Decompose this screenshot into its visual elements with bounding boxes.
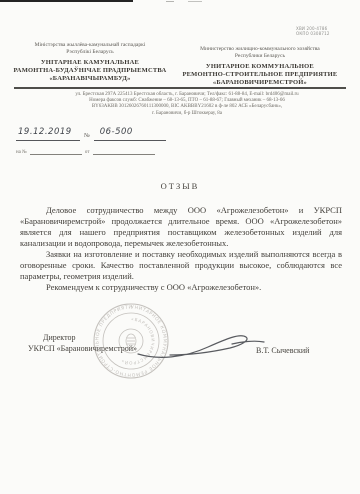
letter-body: Деловое сотрудничество между ООО «Агроже… bbox=[20, 205, 342, 293]
letterhead-belarusian: Міністэрства жыллёва-камунальнай гаспада… bbox=[13, 42, 171, 87]
date-field: 19.12.2019 bbox=[16, 121, 80, 141]
stamp-emblem bbox=[126, 334, 136, 348]
handwritten-signature bbox=[136, 330, 268, 364]
ministry-line: Міністэрства жыллёва-камунальнай гаспада… bbox=[13, 42, 167, 49]
corner-code-line2: ОКПО 0308712 bbox=[296, 31, 330, 36]
document-title: ОТЗЫВ bbox=[0, 181, 360, 191]
org-name-by: УНІТАРНАЕ КАМУНАЛЬНАЕ РАМОНТНА-БУДАЎНІЧА… bbox=[13, 59, 167, 83]
paragraph-2: Заявки на изготовление и поставку необхо… bbox=[20, 249, 342, 282]
org-line: УНИТАРНОЕ КОММУНАЛЬНОЕ bbox=[171, 63, 349, 71]
reply-number-blank bbox=[30, 154, 82, 155]
letterhead-russian: Министерство жилищно-коммунального хозяй… bbox=[171, 42, 349, 87]
letterhead: Міністэрства жыллёва-камунальнай гаспада… bbox=[13, 42, 349, 87]
header-divider bbox=[14, 87, 346, 89]
org-line: УНІТАРНАЕ КАМУНАЛЬНАЕ bbox=[13, 59, 167, 67]
scan-artifact-bar bbox=[0, 0, 133, 2]
address-block: ул. Брестская 297А 225413 Брестская обла… bbox=[28, 92, 346, 117]
address-line: г. Барановичи, б-р Штоккерау, 8а bbox=[28, 111, 346, 117]
ministry-line: Республики Беларусь bbox=[171, 53, 349, 60]
org-line: «БАРАНОВИЧИРЕМСТРОЙ» bbox=[171, 79, 349, 87]
reference-reply-row: на № от bbox=[16, 150, 206, 155]
org-line: РЕМОНТНО-СТРОИТЕЛЬНОЕ ПРЕДПРИЯТИЕ bbox=[171, 71, 349, 79]
ministry-name-ru: Министерство жилищно-коммунального хозяй… bbox=[171, 46, 349, 59]
scan-artifact-dot bbox=[188, 1, 202, 2]
ministry-line: Рэспублікі Беларусь bbox=[13, 49, 167, 56]
reference-block: 19.12.2019 № 06-500 на № от bbox=[16, 121, 206, 155]
corner-code: ХВИ 200-4786 ОКПО 0308712 bbox=[296, 26, 330, 36]
org-line: «БАРАНАВІЧЫРАМБУД» bbox=[13, 75, 167, 83]
paragraph-3: Рекомендуем к сотрудничеству с ООО «Агро… bbox=[20, 282, 342, 293]
reply-date-blank bbox=[93, 154, 155, 155]
number-sign: № bbox=[80, 133, 94, 141]
handwritten-number: 06-500 bbox=[100, 127, 133, 137]
reference-date-row: 19.12.2019 № 06-500 bbox=[16, 121, 206, 141]
org-name-ru: УНИТАРНОЕ КОММУНАЛЬНОЕ РЕМОНТНО-СТРОИТЕЛ… bbox=[171, 63, 349, 87]
scan-artifact-dot bbox=[166, 1, 174, 2]
handwritten-date: 19.12.2019 bbox=[18, 127, 72, 137]
paragraph-1: Деловое сотрудничество между ООО «Агроже… bbox=[20, 205, 342, 249]
org-line: РАМОНТНА-БУДАЎНІЧАЕ ПРАДПРЫЕМСТВА bbox=[13, 67, 167, 75]
reply-from-label: от bbox=[85, 150, 90, 155]
reply-prefix-label: на № bbox=[16, 150, 27, 155]
scanned-letter-page: ХВИ 200-4786 ОКПО 0308712 Міністэрства ж… bbox=[0, 0, 360, 494]
number-field: 06-500 bbox=[94, 121, 166, 141]
ministry-name-by: Міністэрства жыллёва-камунальнай гаспада… bbox=[13, 42, 167, 55]
